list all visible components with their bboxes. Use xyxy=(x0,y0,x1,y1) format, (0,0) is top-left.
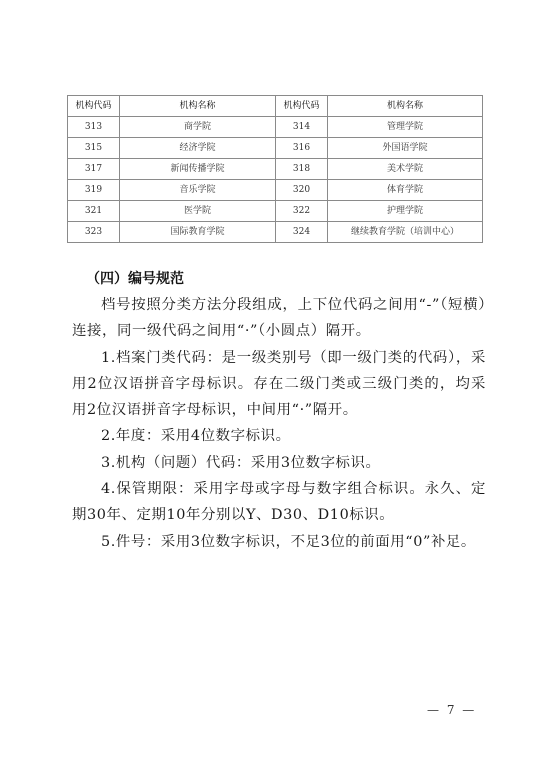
cell-name: 新闻传播学院 xyxy=(120,159,276,180)
numbering-rules-section: （四）编号规范 档号按照分类方法分段组成，上下位代码之间用“-”（短横）连接，同… xyxy=(72,266,486,555)
cell-code: 322 xyxy=(276,201,328,222)
cell-name: 音乐学院 xyxy=(120,180,276,201)
cell-code: 314 xyxy=(276,117,328,138)
table-row: 315 经济学院 316 外国语学院 xyxy=(68,138,483,159)
table-row: 319 音乐学院 320 体育学院 xyxy=(68,180,483,201)
cell-name: 管理学院 xyxy=(328,117,483,138)
cell-name: 护理学院 xyxy=(328,201,483,222)
paragraph-retention-period: 4.保管期限：采用字母或字母与数字组合标识。永久、定期30年、定期10年分别以Y… xyxy=(72,476,486,529)
cell-name: 继续教育学院（培训中心） xyxy=(328,222,483,243)
cell-name: 商学院 xyxy=(120,117,276,138)
paragraph-year: 2.年度：采用4位数字标识。 xyxy=(72,423,486,449)
table-row: 323 国际教育学院 324 继续教育学院（培训中心） xyxy=(68,222,483,243)
paragraph-category-code: 1.档案门类代码：是一级类别号（即一级门类的代码），采用2位汉语拼音字母标识。存… xyxy=(72,345,486,424)
table-header-row: 机构代码 机构名称 机构代码 机构名称 xyxy=(68,96,483,117)
paragraph-institution-code: 3.机构（问题）代码：采用3位数字标识。 xyxy=(72,450,486,476)
table-row: 313 商学院 314 管理学院 xyxy=(68,117,483,138)
cell-code: 318 xyxy=(276,159,328,180)
cell-name: 医学院 xyxy=(120,201,276,222)
cell-code: 316 xyxy=(276,138,328,159)
paragraph-item-number: 5.件号：采用3位数字标识，不足3位的前面用“0”补足。 xyxy=(72,529,486,555)
cell-name: 体育学院 xyxy=(328,180,483,201)
cell-code: 320 xyxy=(276,180,328,201)
header-code-2: 机构代码 xyxy=(276,96,328,117)
paragraph-intro: 档号按照分类方法分段组成，上下位代码之间用“-”（短横）连接，同一级代码之间用“… xyxy=(72,292,486,345)
cell-name: 美术学院 xyxy=(328,159,483,180)
header-name-2: 机构名称 xyxy=(328,96,483,117)
header-code-1: 机构代码 xyxy=(68,96,120,117)
institution-code-table: 机构代码 机构名称 机构代码 机构名称 313 商学院 314 管理学院 315… xyxy=(67,95,483,243)
page-number: — 7 — xyxy=(427,703,476,717)
cell-name: 经济学院 xyxy=(120,138,276,159)
cell-code: 317 xyxy=(68,159,120,180)
table-row: 317 新闻传播学院 318 美术学院 xyxy=(68,159,483,180)
cell-name: 国际教育学院 xyxy=(120,222,276,243)
institution-code-table-container: 机构代码 机构名称 机构代码 机构名称 313 商学院 314 管理学院 315… xyxy=(67,95,482,243)
section-heading: （四）编号规范 xyxy=(86,266,486,292)
cell-code: 319 xyxy=(68,180,120,201)
cell-code: 323 xyxy=(68,222,120,243)
cell-code: 313 xyxy=(68,117,120,138)
header-name-1: 机构名称 xyxy=(120,96,276,117)
cell-name: 外国语学院 xyxy=(328,138,483,159)
cell-code: 315 xyxy=(68,138,120,159)
cell-code: 321 xyxy=(68,201,120,222)
cell-code: 324 xyxy=(276,222,328,243)
table-row: 321 医学院 322 护理学院 xyxy=(68,201,483,222)
